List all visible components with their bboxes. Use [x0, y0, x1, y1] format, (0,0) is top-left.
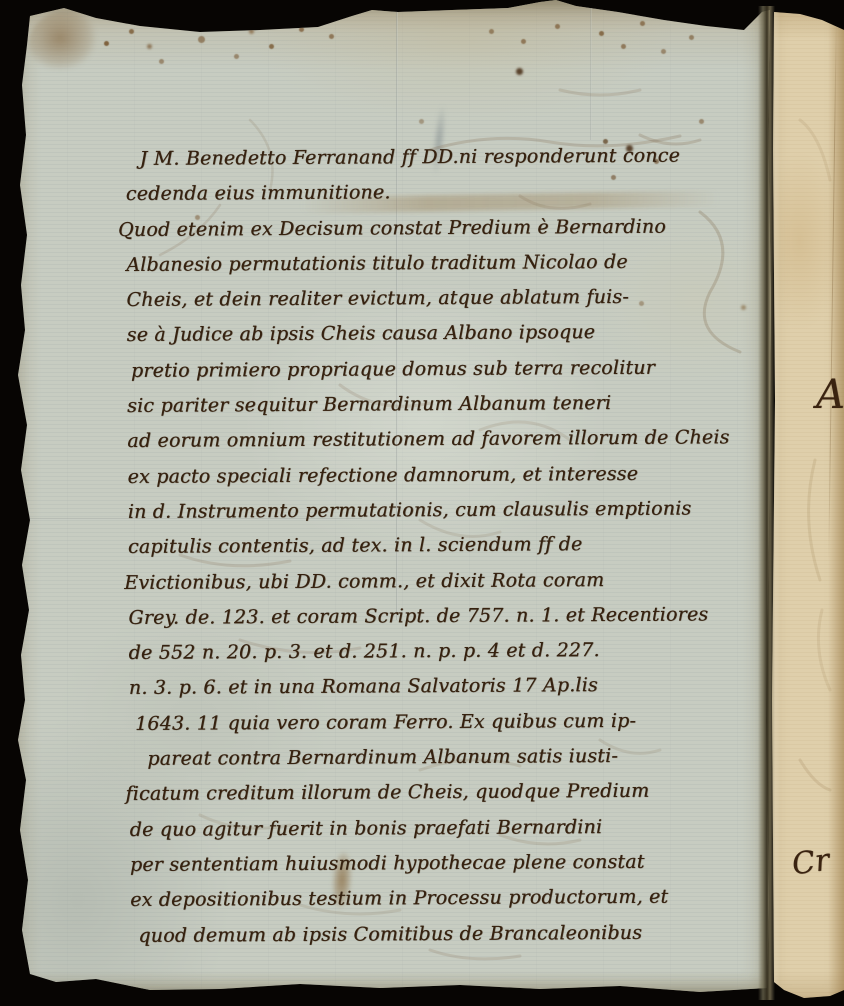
manuscript-line: J M. Benedetto Ferranand ff DD.ni respon…	[140, 138, 760, 177]
manuscript-line: Albanesio permutationis titulo traditum …	[126, 244, 760, 283]
manuscript-line: ficatum creditum illorum de Cheis, quodq…	[125, 773, 763, 812]
manuscript-line: Evictionibus, ubi DD. comm., et dixit Ro…	[124, 562, 762, 601]
manuscript-line: cedenda eius immunitione.	[126, 173, 760, 212]
paper-scratch	[828, 20, 837, 560]
manuscript-line: in d. Instrumento permutationis, cum cla…	[128, 491, 762, 530]
manuscript-line: Quod etenim ex Decisum constat Predium è…	[118, 209, 760, 248]
manuscript-line: quod demum ab ipsis Comitibus de Brancal…	[138, 915, 764, 954]
fold-crease-vertical	[590, 0, 592, 140]
corner-stain	[28, 10, 108, 80]
manuscript-line: capitulis contentis, ad tex. in l. scien…	[128, 526, 762, 565]
manuscript-line: n. 3. p. 6. et in una Romana Salvatoris …	[129, 668, 763, 707]
manuscript-line: per sententiam huiusmodi hypothecae plen…	[130, 844, 764, 883]
manuscript-line: sic pariter sequitur Bernardinum Albanum…	[127, 385, 761, 424]
manuscript-line: de quo agitur fuerit in bonis praefati B…	[130, 809, 764, 848]
manuscript-text: J M. Benedetto Ferranand ff DD.ni respon…	[126, 138, 765, 954]
handwriting-fragment: Cr	[790, 843, 832, 883]
manuscript-line: se à Judice ab ipsis Cheis causa Albano …	[127, 315, 761, 354]
adjacent-page: A Cr	[770, 0, 844, 1006]
manuscript-line: ex pacto speciali refectione damnorum, e…	[127, 456, 761, 495]
manuscript-line: de 552 n. 20. p. 3. et d. 251. n. p. p. …	[129, 632, 763, 671]
handwriting-fragment: A	[816, 372, 844, 418]
manuscript-line: 1643. 11 quia vero coram Ferro. Ex quibu…	[135, 703, 763, 742]
scanned-manuscript: J M. Benedetto Ferranand ff DD.ni respon…	[0, 0, 844, 1006]
foxing-spots	[0, 0, 3, 3]
manuscript-line: Cheis, et dein realiter evictum, atque a…	[126, 279, 760, 318]
manuscript-line: pareat contra Bernardinum Albanum satis …	[147, 738, 763, 777]
manuscript-line: Grey. de. 123. et coram Script. de 757. …	[128, 597, 762, 636]
manuscript-page: J M. Benedetto Ferranand ff DD.ni respon…	[0, 0, 772, 1000]
manuscript-line: pretio primiero propriaque domus sub ter…	[131, 350, 761, 389]
manuscript-line: ex depositionibus testium in Processu pr…	[130, 879, 764, 918]
manuscript-line: ad eorum omnium restitutionem ad favorem…	[127, 420, 761, 459]
edge-ink-marks	[0, 765, 33, 806]
page-gutter	[758, 6, 776, 1000]
